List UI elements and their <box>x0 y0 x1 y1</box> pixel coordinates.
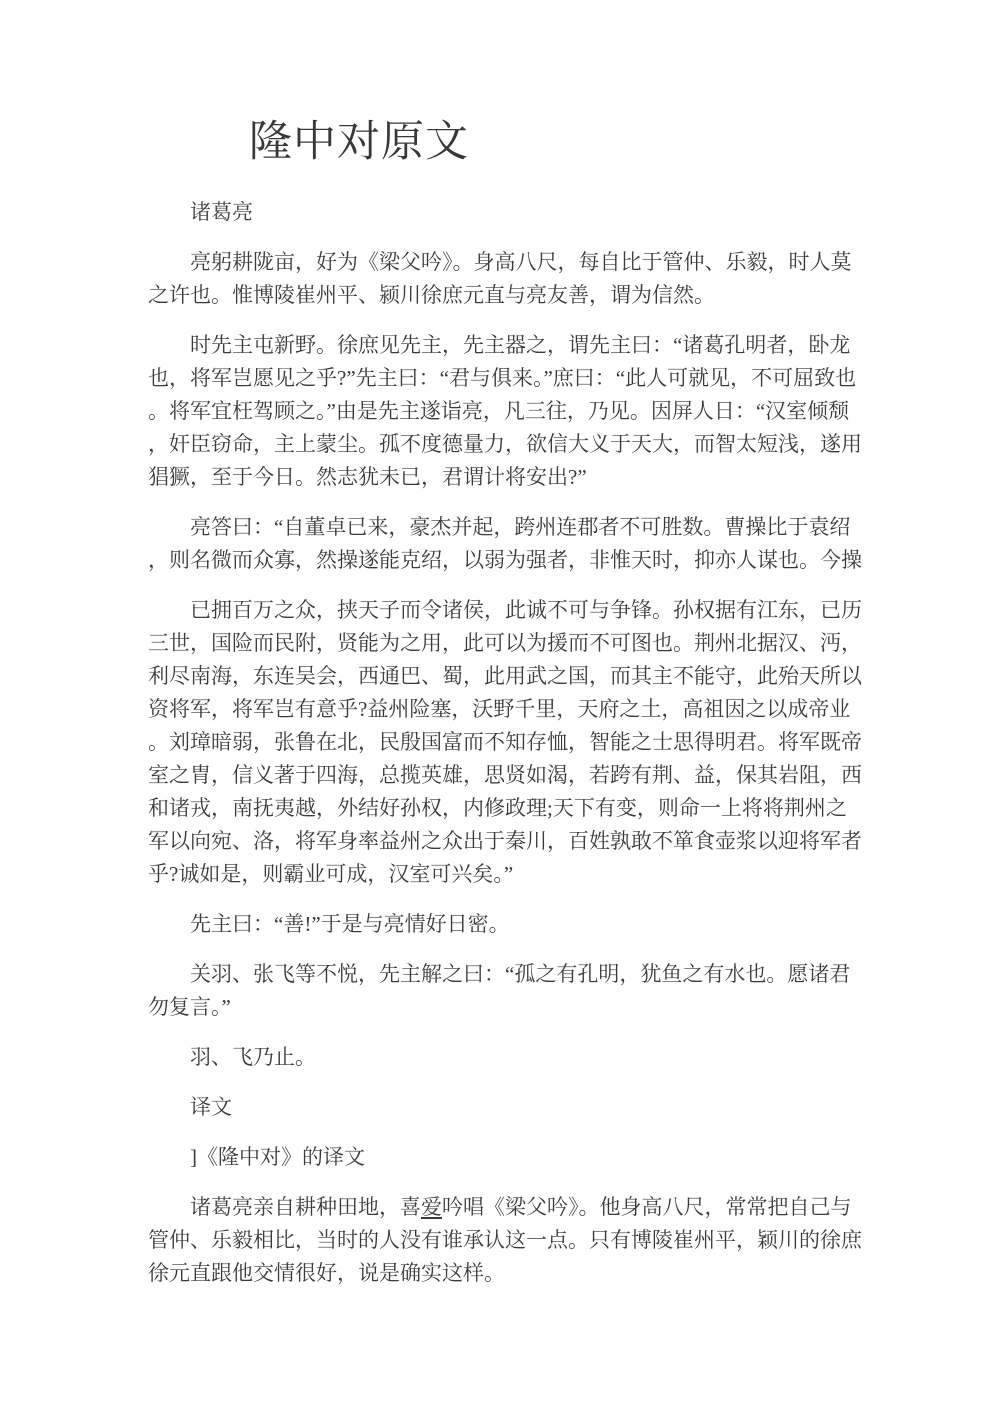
paragraph-original-2: 时先主屯新野。徐庶见先主，先主器之，谓先主曰：“诸葛孔明者，卧龙也，将军岂愿见之… <box>148 329 862 494</box>
translation-body-pre: 诸葛亮亲自耕种田地，喜 <box>190 1195 421 1219</box>
paragraph-original-4: 已拥百万之众，挟天子而令诸侯，此诚不可与争锋。孙权据有江东，已历三世，国险而民附… <box>148 594 862 891</box>
translation-body-underlined-char: 爱 <box>421 1195 442 1219</box>
paragraph-guan-zhang: 关羽、张飞等不悦，先主解之曰：“孤之有孔明，犹鱼之有水也。愿诸君勿复言。” <box>148 958 862 1024</box>
paragraph-liubei-reply: 先主曰：“善!”于是与亮情好日密。 <box>148 908 862 941</box>
paragraph-author: 诸葛亮 <box>148 196 862 229</box>
page-title: 隆中对原文 <box>249 118 862 168</box>
paragraph-translation-body: 诸葛亮亲自耕种田地，喜爱吟唱《梁父吟》。他身高八尺，常常把自己与管仲、乐毅相比，… <box>148 1191 862 1290</box>
document-page: 隆中对原文 诸葛亮 亮躬耕陇亩，好为《梁父吟》。身高八尺，每自比于管仲、乐毅，时… <box>0 0 993 1404</box>
paragraph-yu-fei-stop: 羽、飞乃止。 <box>148 1041 862 1074</box>
paragraph-translation-title: ]《隆中对》的译文 <box>148 1141 862 1174</box>
paragraph-translation-label: 译文 <box>148 1091 862 1124</box>
paragraph-original-3: 亮答曰：“自董卓已来，豪杰并起，跨州连郡者不可胜数。曹操比于袁绍，则名微而众寡，… <box>148 511 862 577</box>
paragraph-original-1: 亮躬耕陇亩，好为《梁父吟》。身高八尺，每自比于管仲、乐毅，时人莫之许也。惟博陵崔… <box>148 246 862 312</box>
